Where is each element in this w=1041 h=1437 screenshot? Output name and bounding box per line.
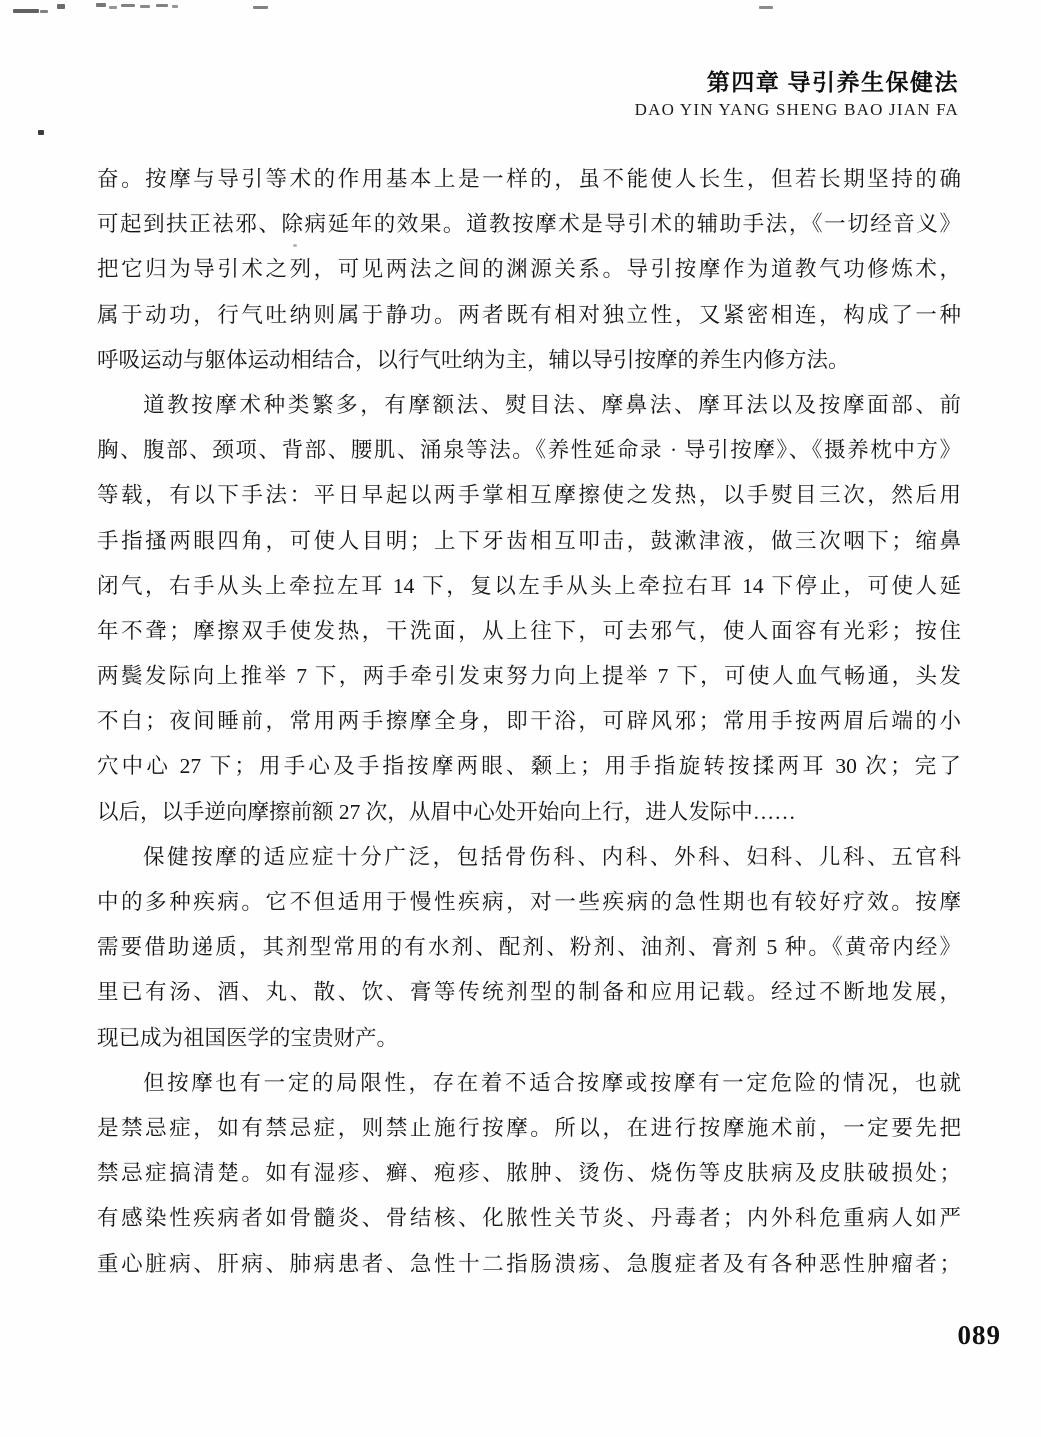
text-line: 道教按摩术种类繁多，有摩额法、熨目法、摩鼻法、摩耳法以及按摩面部、前	[97, 383, 961, 428]
text-line: 以后，以手逆向摩擦前额 27 次，从眉中心处开始向上行，进人发际中……	[97, 790, 961, 835]
text-line: 两鬓发际向上推举 7 下，两手牵引发束努力向上提举 7 下，可使人血气畅通，头发	[97, 654, 961, 699]
scan-artifact	[140, 5, 150, 8]
text-line: 保健按摩的适应症十分广泛，包括骨伤科、内科、外科、妇科、儿科、五官科	[97, 835, 961, 880]
text-line: 是禁忌症，如有禁忌症，则禁止施行按摩。所以，在进行按摩施术前，一定要先把	[97, 1106, 961, 1151]
text-line: 禁忌症搞清楚。如有湿疹、癣、疱疹、脓肿、烫伤、烧伤等皮肤病及皮肤破损处；	[97, 1151, 961, 1196]
scan-artifact	[57, 4, 65, 9]
text-line: 把它归为导引术之列，可见两法之间的渊源关系。导引按摩作为道教气功修炼术，	[97, 247, 961, 292]
scan-artifact	[13, 9, 39, 13]
body-text: 奋。按摩与导引等术的作用基本上是一样的，虽不能使人长生，但若长期坚持的确可起到扶…	[97, 157, 961, 1287]
text-line: 不白；夜间睡前，常用两手擦摩全身，即干浴，可辟风邪；常用手按两眉后端的小	[97, 699, 961, 744]
text-line: 有感染性疾病者如骨髓炎、骨结核、化脓性关节炎、丹毒者；内外科危重病人如严	[97, 1196, 961, 1241]
scan-artifact	[156, 4, 168, 7]
text-line: 但按摩也有一定的局限性，存在着不适合按摩或按摩有一定危险的情况，也就	[97, 1061, 961, 1106]
text-line: 现已成为祖国医学的宝贵财产。	[97, 1016, 961, 1061]
scan-artifact	[759, 6, 773, 9]
text-line: 里已有汤、酒、丸、散、饮、膏等传统剂型的制备和应用记载。经过不断地发展，	[97, 970, 961, 1015]
text-line: 等载，有以下手法：平日早起以两手掌相互摩擦使之发热，以手熨目三次，然后用	[97, 473, 961, 518]
text-line: 年不聋；摩擦双手使发热，干洗面，从上往下，可去邪气，使人面容有光彩；按住	[97, 609, 961, 654]
page-header: 第四章 导引养生保健法 DAO YIN YANG SHENG BAO JIAN …	[635, 70, 959, 119]
text-line: 重心脏病、肝病、肺病患者、急性十二指肠溃疡、急腹症者及有各种恶性肿瘤者；	[97, 1242, 961, 1287]
chapter-title: 第四章 导引养生保健法	[635, 70, 959, 96]
text-line: 中的多种疾病。它不但适用于慢性疾病，对一些疾病的急性期也有较好疗效。按摩	[97, 880, 961, 925]
text-line: 奋。按摩与导引等术的作用基本上是一样的，虽不能使人长生，但若长期坚持的确	[97, 157, 961, 202]
text-line: 呼吸运动与躯体运动相结合，以行气吐纳为主，辅以导引按摩的养生内修方法。	[97, 338, 961, 383]
text-line: 属于动功，行气吐纳则属于静功。两者既有相对独立性，又紧密相连，构成了一种	[97, 293, 961, 338]
scan-artifact	[96, 3, 106, 7]
text-line: 穴中心 27 下；用手心及手指按摩两眼、颡上；用手指旋转按揉两耳 30 次；完了	[97, 744, 961, 789]
text-line: 闭气，右手从头上牵拉左耳 14 下，复以左手从头上牵拉右耳 14 下停止，可使人…	[97, 564, 961, 609]
text-line: 胸、腹部、颈项、背部、腰肌、涌泉等法。《养性延命录 · 导引按摩》、《摄养枕中方…	[97, 428, 961, 473]
book-page: 第四章 导引养生保健法 DAO YIN YANG SHENG BAO JIAN …	[0, 0, 1041, 1437]
scan-artifact	[40, 10, 48, 13]
scan-artifact	[172, 5, 178, 8]
scan-speck	[38, 130, 44, 135]
text-line: 可起到扶正祛邪、除病延年的效果。道教按摩术是导引术的辅助手法，《一切经音义》	[97, 202, 961, 247]
page-number: 089	[958, 1320, 1002, 1351]
scan-artifact	[253, 6, 268, 9]
chapter-pinyin: DAO YIN YANG SHENG BAO JIAN FA	[635, 100, 959, 119]
scan-artifact	[121, 4, 135, 7]
text-line: 手指搔两眼四角，可使人目明；上下牙齿相互叩击，鼓漱津液，做三次咽下；缩鼻	[97, 519, 961, 564]
scan-artifact	[109, 6, 117, 9]
text-line: 需要借助递质，其剂型常用的有水剂、配剂、粉剂、油剂、膏剂 5 种。《黄帝内经》	[97, 925, 961, 970]
